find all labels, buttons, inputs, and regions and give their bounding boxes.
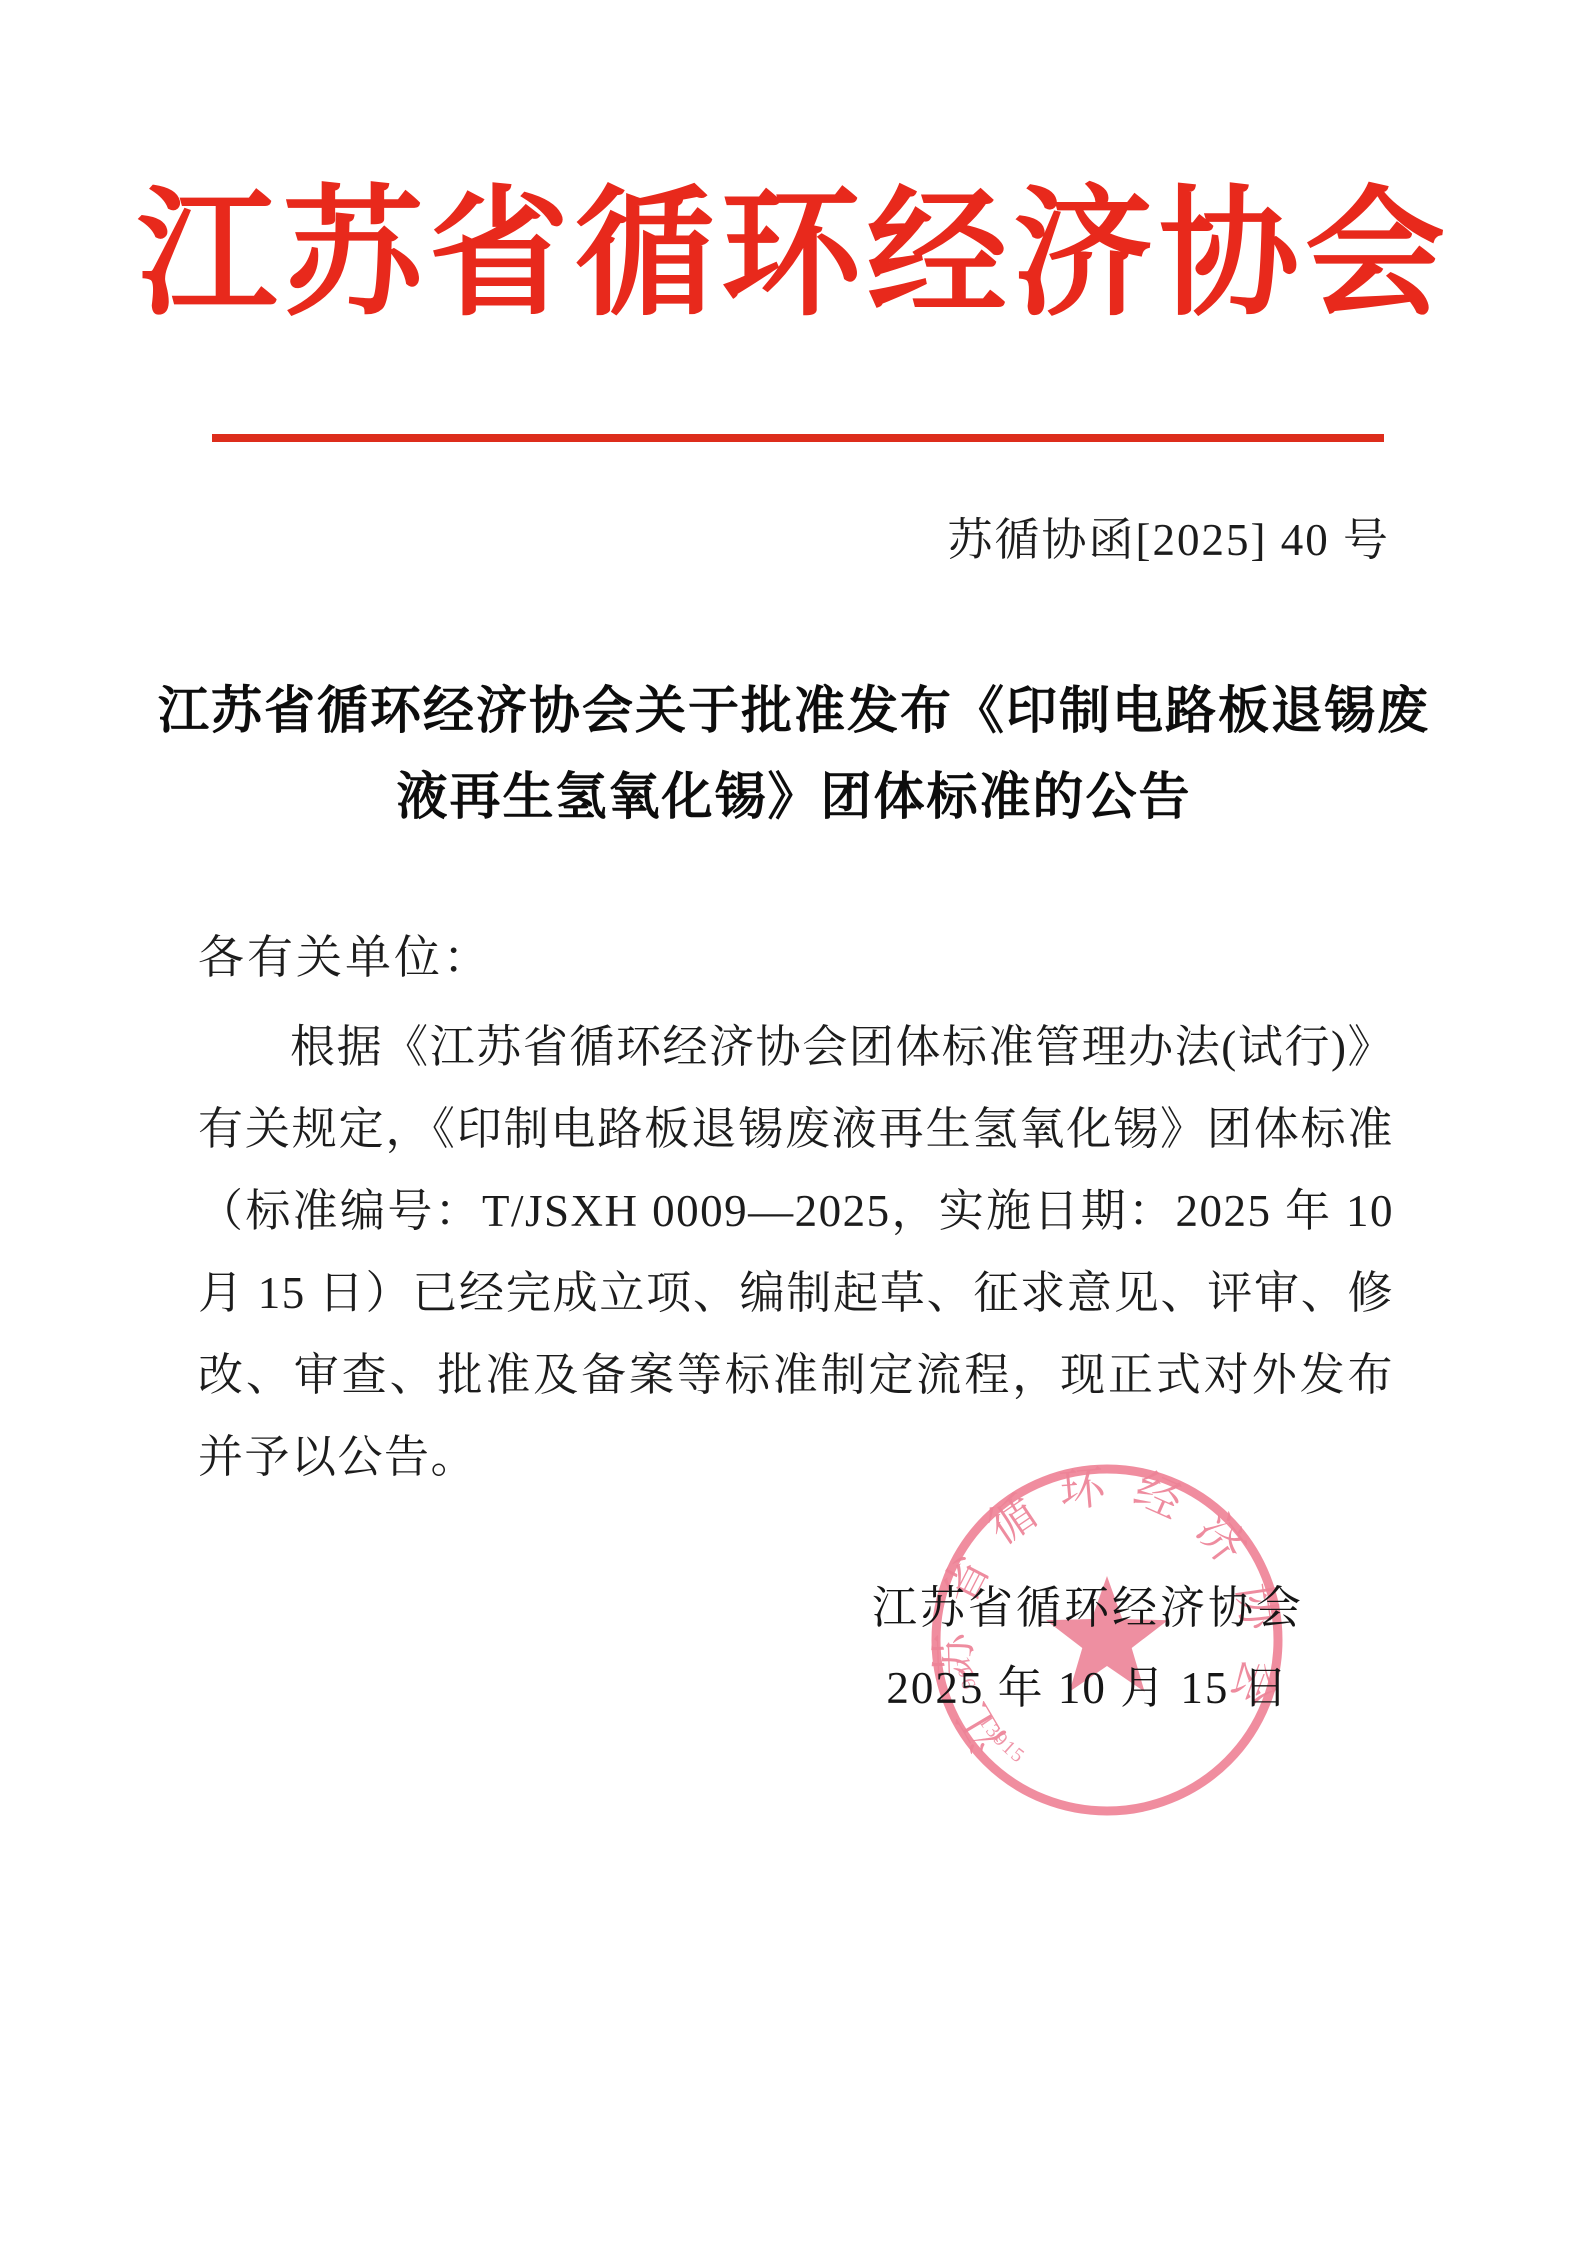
salutation: 各有关单位： xyxy=(198,928,492,988)
doc-number: 苏循协函[2025] 40 号 xyxy=(198,512,1390,568)
notice-title: 江苏省循环经济协会关于批准发布《印制电路板退锡废 液再生氢氧化锡》团体标准的公告 xyxy=(120,668,1468,840)
seal-code-lower: 13915 xyxy=(974,1711,1030,1768)
notice-title-line1: 江苏省循环经济协会关于批准发布《印制电路板退锡废 xyxy=(120,668,1468,754)
red-divider-line xyxy=(212,434,1384,442)
seal-ring xyxy=(936,1469,1278,1811)
official-seal-stamp-icon: 江苏省循环经济协会 106 13915 xyxy=(922,1455,1292,1825)
signature-date: 2025 年 10 月 15 日 xyxy=(798,1660,1378,1716)
masthead-org-name: 江苏省循环经济协会 xyxy=(0,168,1588,340)
notice-document-page: 江苏省循环经济协会 苏循协函[2025] 40 号 江苏省循环经济协会关于批准发… xyxy=(0,0,1588,2245)
signature-org-name: 江苏省循环经济协会 xyxy=(798,1580,1378,1636)
notice-title-line2: 液再生氢氧化锡》团体标准的公告 xyxy=(120,754,1468,840)
body-paragraph: 根据《江苏省循环经济协会团体标准管理办法(试行)》有关规定，《印制电路板退锡废液… xyxy=(198,1006,1394,1498)
